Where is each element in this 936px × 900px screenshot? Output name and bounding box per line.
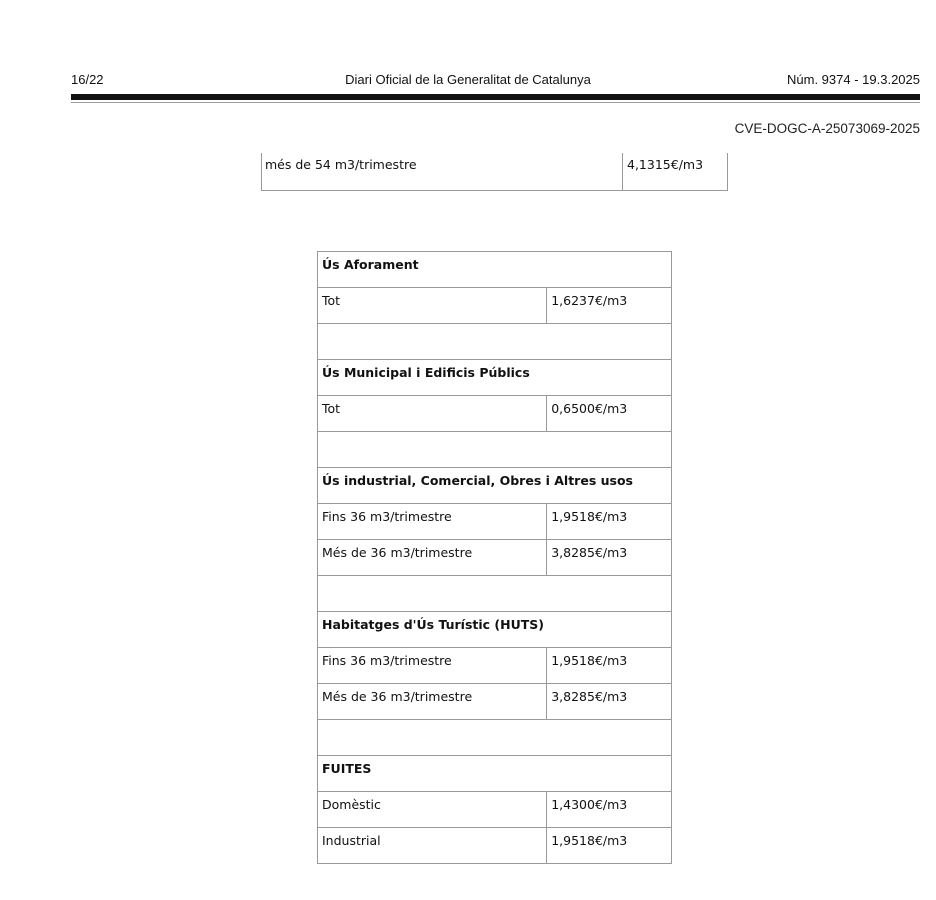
table-row: Més de 36 m3/trimestre3,8285€/m3	[318, 540, 672, 576]
row-label: Tot	[318, 288, 547, 324]
section-title: Habitatges d'Ús Turístic (HUTS)	[318, 612, 672, 648]
table-row: Més de 36 m3/trimestre3,8285€/m3	[318, 684, 672, 720]
empty-cell	[318, 720, 672, 756]
row-label: Més de 36 m3/trimestre	[318, 540, 547, 576]
section-header-row: Ús Aforament	[318, 252, 672, 288]
section-title: Ús Municipal i Edificis Públics	[318, 360, 672, 396]
table-row: Domèstic1,4300€/m3	[318, 792, 672, 828]
section-title: Ús industrial, Comercial, Obres i Altres…	[318, 468, 672, 504]
previous-row-value: 4,1315€/m3	[627, 157, 703, 172]
section-title: Ús Aforament	[318, 252, 672, 288]
row-label: Industrial	[318, 828, 547, 864]
row-value: 3,8285€/m3	[547, 684, 672, 720]
table-row: Fins 36 m3/trimestre1,9518€/m3	[318, 504, 672, 540]
previous-row-label: més de 54 m3/trimestre	[265, 157, 417, 172]
section-header-row: Ús Municipal i Edificis Públics	[318, 360, 672, 396]
header-rule-thin	[71, 102, 920, 103]
header-rule-thick	[71, 94, 920, 100]
previous-table-row: més de 54 m3/trimestre 4,1315€/m3	[261, 153, 728, 191]
cve-identifier: CVE-DOGC-A-25073069-2025	[735, 121, 920, 136]
row-label: Més de 36 m3/trimestre	[318, 684, 547, 720]
tariff-table: Ús AforamentTot1,6237€/m3Ús Municipal i …	[317, 251, 672, 864]
table-row: Tot1,6237€/m3	[318, 288, 672, 324]
spacer-row	[318, 432, 672, 468]
row-value: 1,9518€/m3	[547, 828, 672, 864]
table-row: Tot0,6500€/m3	[318, 396, 672, 432]
table-row: Industrial1,9518€/m3	[318, 828, 672, 864]
empty-cell	[318, 576, 672, 612]
row-value: 0,6500€/m3	[547, 396, 672, 432]
row-label: Fins 36 m3/trimestre	[318, 504, 547, 540]
row-label: Tot	[318, 396, 547, 432]
spacer-row	[318, 324, 672, 360]
spacer-row	[318, 720, 672, 756]
table-row: Fins 36 m3/trimestre1,9518€/m3	[318, 648, 672, 684]
spacer-row	[318, 576, 672, 612]
row-value: 1,9518€/m3	[547, 504, 672, 540]
row-label: Domèstic	[318, 792, 547, 828]
issue-number: Núm. 9374 - 19.3.2025	[787, 72, 920, 87]
section-title: FUITES	[318, 756, 672, 792]
column-divider	[622, 153, 623, 190]
section-header-row: Ús industrial, Comercial, Obres i Altres…	[318, 468, 672, 504]
section-header-row: FUITES	[318, 756, 672, 792]
row-label: Fins 36 m3/trimestre	[318, 648, 547, 684]
row-value: 1,4300€/m3	[547, 792, 672, 828]
empty-cell	[318, 432, 672, 468]
row-value: 1,6237€/m3	[547, 288, 672, 324]
empty-cell	[318, 324, 672, 360]
row-value: 3,8285€/m3	[547, 540, 672, 576]
section-header-row: Habitatges d'Ús Turístic (HUTS)	[318, 612, 672, 648]
row-value: 1,9518€/m3	[547, 648, 672, 684]
